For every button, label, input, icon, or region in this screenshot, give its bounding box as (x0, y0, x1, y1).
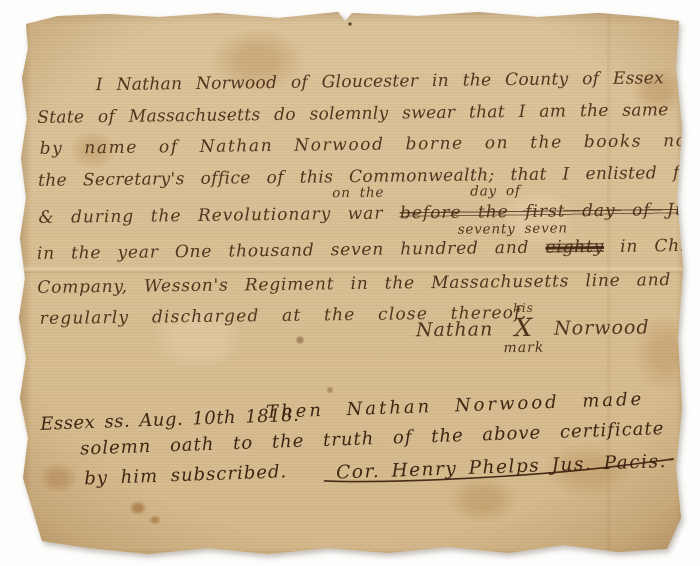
document-scan: I Nathan Norwood of Gloucester in the Co… (0, 0, 700, 566)
affidavit-line-2: State of Massachusetts do solemnly swear… (37, 99, 700, 128)
paper-shadow: I Nathan Norwood of Gloucester in the Co… (18, 8, 686, 560)
jurat-venue-date: Essex ss. Aug. 10th 1818. (40, 405, 300, 435)
his-mark-column: his X mark (503, 302, 544, 356)
mark-label: mark (503, 341, 544, 356)
x-mark: X (514, 314, 533, 340)
affidavit-line-3: by name of Nathan Norwood borne on the b… (40, 130, 700, 159)
affidavit-line-6: seventy seven in the year One thousand s… (37, 236, 700, 264)
signatory-last-name: Norwood (554, 316, 650, 339)
jurat-line-1: Then Nathan Norwood made (266, 389, 645, 423)
interlined-insertion-day-of: day of (470, 183, 521, 200)
aged-paper: I Nathan Norwood of Gloucester in the Co… (18, 8, 686, 560)
jurat-line-3: by him subscribed. (84, 461, 288, 489)
affidavit-line-1: I Nathan Norwood of Gloucester in the Co… (96, 68, 700, 96)
interlined-insertion-seventy-seven: seventy seven (458, 220, 568, 237)
signature-row: Nathan his X mark Norwood (416, 300, 650, 356)
interlined-insertion-on-the: on the (332, 185, 384, 202)
line-6-text-b: in Child's (604, 236, 700, 257)
affidavit-line-7: Company, Wesson's Regiment in the Massac… (37, 270, 700, 298)
jurat-block: Essex ss. Aug. 10th 1818. Then Nathan No… (37, 372, 681, 514)
signature-block: Nathan his X mark Norwood (416, 300, 650, 356)
signatory-first-name: Nathan (416, 318, 494, 341)
affidavit-line-5: on the day of & during the Revolutionary… (38, 200, 700, 228)
handwritten-content: I Nathan Norwood of Gloucester in the Co… (32, 8, 683, 560)
line-6-text-a: in the year One thousand seven hundred a… (37, 238, 546, 264)
line-5-text: & during the Revolutionary war (38, 203, 400, 227)
scribbled-out-text: eighty (545, 237, 604, 258)
